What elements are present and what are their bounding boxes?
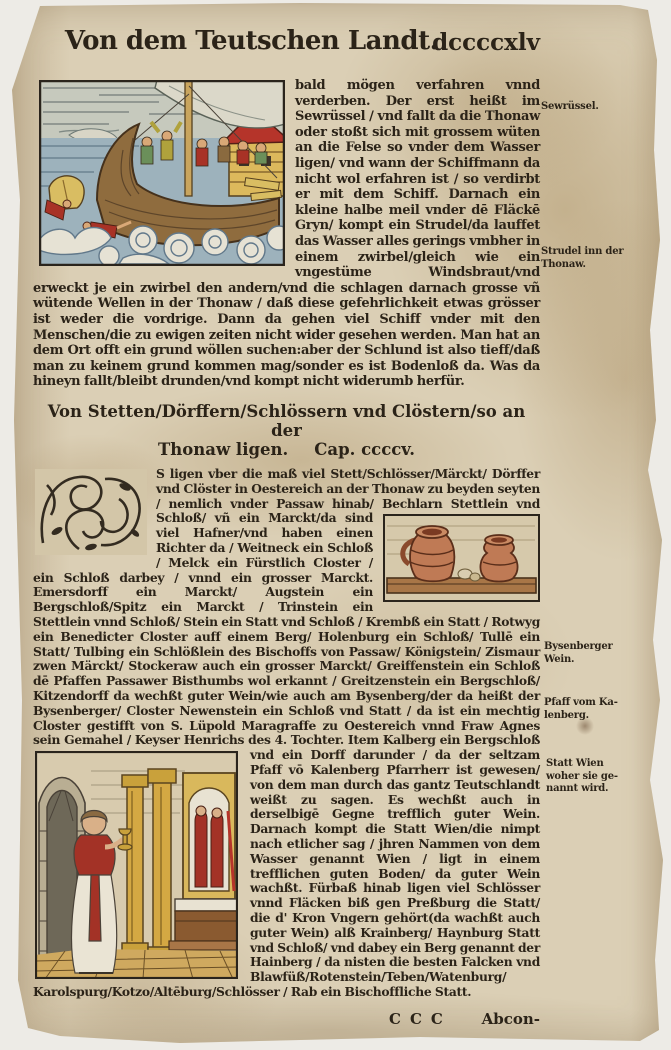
margin-note-pfaff: Pfaff vom Ka- lenberg. bbox=[544, 697, 662, 722]
section-heading-line1: Von Stetten/Dörffern/Schlössern vnd Clös… bbox=[48, 402, 525, 440]
manuscript-page: Sewrüssel. Strudel inn der Thonaw. Bysen… bbox=[0, 0, 671, 1050]
margin-note-bysenberger: Bysenberger Wein. bbox=[544, 641, 662, 666]
chapter-number: Cap. ccccv. bbox=[314, 440, 415, 459]
page-title: Von dem Teutschen Landt. bbox=[33, 26, 470, 56]
paragraph-stetten: S ligen vber die maß viel Stett/Schlösse… bbox=[33, 467, 540, 1000]
paragraph-strudel: bald mögen verfahren vnnd verderben. Der… bbox=[33, 78, 540, 392]
text-block: Von dem Teutschen Landt. dccccxlv bbox=[33, 26, 540, 1032]
section-heading: Von Stetten/Dörffern/Schlössern vnd Clös… bbox=[33, 402, 540, 459]
signature-mark: CCC bbox=[389, 1010, 452, 1028]
ship-storm-woodcut bbox=[39, 80, 285, 266]
margin-note-strudel: Strudel inn der Thonaw. bbox=[541, 246, 659, 271]
paper-sheet: Sewrüssel. Strudel inn der Thonaw. Bysen… bbox=[0, 0, 671, 1050]
page-number: dccccxlv bbox=[432, 29, 540, 56]
catchword: Abcon- bbox=[482, 1010, 540, 1028]
section-heading-line2: Thonaw ligen. bbox=[158, 440, 288, 459]
ornamental-initial-E bbox=[35, 469, 147, 555]
priest-altar-woodcut bbox=[35, 751, 238, 979]
margin-note-statt-wien: Statt Wien woher sie ge- nannt wird. bbox=[546, 758, 664, 796]
running-head: Von dem Teutschen Landt. dccccxlv bbox=[33, 26, 540, 70]
margin-note-sewruessel: Sewrüssel. bbox=[541, 101, 659, 114]
bottom-row: CCC Abcon- bbox=[33, 1010, 540, 1032]
clay-jugs-woodcut bbox=[383, 514, 540, 602]
